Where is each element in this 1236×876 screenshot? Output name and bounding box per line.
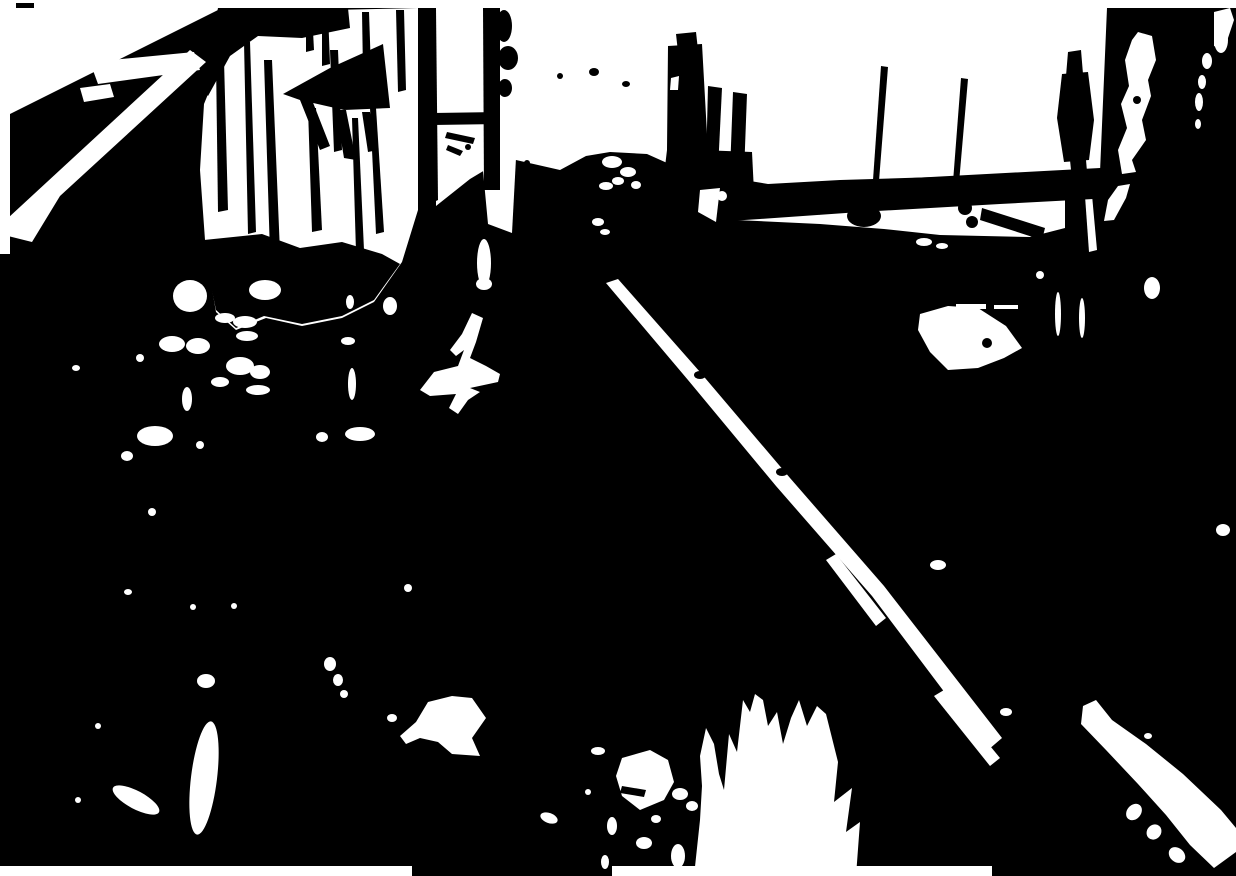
white-boat-dash-2 <box>994 305 1018 309</box>
rm-dash-5 <box>1195 119 1201 129</box>
bl-dot-2 <box>75 797 81 803</box>
sparkle-5 <box>159 336 185 352</box>
rm-dash-3 <box>1198 75 1206 89</box>
mooring-post-cap <box>676 32 698 52</box>
fence-dot <box>524 160 530 166</box>
sparkle-17 <box>345 427 375 441</box>
sparkle-11 <box>182 387 192 411</box>
sky-speck-2 <box>622 81 630 87</box>
left-border-light <box>0 8 10 254</box>
rcol-dot-4 <box>404 584 412 592</box>
fence-mottle-1 <box>496 10 512 42</box>
sky-sparkle-6 <box>592 218 604 226</box>
sky-sparkle-1 <box>602 156 622 168</box>
sparkle-1 <box>173 280 207 312</box>
sky-sparkle-7 <box>600 229 610 235</box>
sparkle-21 <box>121 451 133 461</box>
fence-rail <box>433 112 500 125</box>
rm-dash-2 <box>1202 53 1212 69</box>
moored-boat-dot-2 <box>966 216 978 228</box>
fence-scribble-dot <box>465 144 471 150</box>
sparkle-9 <box>250 365 270 379</box>
blob-b-dash <box>591 747 605 755</box>
post-cluster-base <box>698 150 754 192</box>
fence-pole-b <box>483 8 500 190</box>
bollard-top <box>1066 50 1083 76</box>
rm-streak-dot <box>1133 96 1141 104</box>
rm-dash-4 <box>1195 93 1203 111</box>
sparkle-6 <box>186 338 210 354</box>
below-b-2 <box>636 837 652 849</box>
sparkle-18 <box>316 432 328 442</box>
sparkle-20 <box>341 337 355 345</box>
sky-sparkle-3 <box>612 177 624 185</box>
splash-blob-a-dot <box>387 714 397 722</box>
sparkle-19 <box>383 297 397 315</box>
streak-dash <box>930 560 946 570</box>
speck-2 <box>148 508 156 516</box>
bottom-border-left <box>0 866 412 876</box>
fence-mottle-2 <box>498 46 518 70</box>
mooring-post-gap <box>670 76 679 90</box>
under-strip-dash-1 <box>916 238 932 246</box>
sky-speck-1 <box>589 68 599 76</box>
fence-reflection-lens <box>477 239 491 287</box>
sparkle-3 <box>215 313 235 323</box>
below-b-8 <box>686 801 698 811</box>
streak-break-2 <box>776 468 788 476</box>
sparkle-4 <box>233 316 257 328</box>
bollard <box>1057 72 1094 162</box>
fence-mottle-3 <box>498 79 512 97</box>
below-b-9 <box>671 844 685 868</box>
kite-dot <box>717 191 727 201</box>
sparkle-10 <box>211 377 229 387</box>
sparkle-15 <box>346 295 354 309</box>
white-boat-dot <box>982 338 992 348</box>
rcol-dot-2 <box>333 674 343 686</box>
sky-sparkle-2 <box>620 167 636 177</box>
rm-low-dash-2 <box>1216 524 1230 536</box>
sky-speck-3 <box>557 73 563 79</box>
sky-sparkle-4 <box>631 181 641 189</box>
under-strip-dash-2 <box>936 243 948 249</box>
moored-boat-dot-1 <box>958 201 972 215</box>
bl-dot-1 <box>95 723 101 729</box>
rm-low-dash-1 <box>1144 277 1160 299</box>
below-b-7 <box>672 788 688 800</box>
rcol-dot-1 <box>324 657 336 671</box>
pole-reflection-1 <box>1055 292 1061 336</box>
oar-blob <box>197 674 215 688</box>
photo-canvas <box>0 0 1236 876</box>
sparkle-2 <box>249 280 281 300</box>
streak-break-1 <box>694 371 706 379</box>
strip-dash-1 <box>766 206 798 214</box>
pole-reflection-2 <box>1079 298 1085 338</box>
band-speck-2 <box>1000 708 1012 716</box>
sky-sparkle-5 <box>599 182 613 190</box>
below-b-4 <box>651 815 661 823</box>
sparkle-16 <box>348 368 356 400</box>
sparkle-13 <box>137 426 173 446</box>
binarized-photo-figure <box>0 0 1236 876</box>
rcol-dot-3 <box>340 690 348 698</box>
sparkle-7 <box>236 331 258 341</box>
sparkle-14 <box>196 441 204 449</box>
under-strip-dot <box>1036 271 1044 279</box>
sparkle-8 <box>226 357 254 375</box>
speck-1 <box>72 365 80 371</box>
sparkle-22 <box>136 354 144 362</box>
white-boat-dash-1 <box>956 304 986 309</box>
below-b-3 <box>601 855 609 869</box>
below-b-6 <box>585 789 591 795</box>
moored-boat-blob <box>847 205 881 227</box>
band-speck-1 <box>1144 733 1152 739</box>
speck-5 <box>124 589 132 595</box>
below-b-1 <box>607 817 617 835</box>
speck-4 <box>231 603 237 609</box>
speck-3 <box>190 604 196 610</box>
sparkle-12 <box>246 385 270 395</box>
